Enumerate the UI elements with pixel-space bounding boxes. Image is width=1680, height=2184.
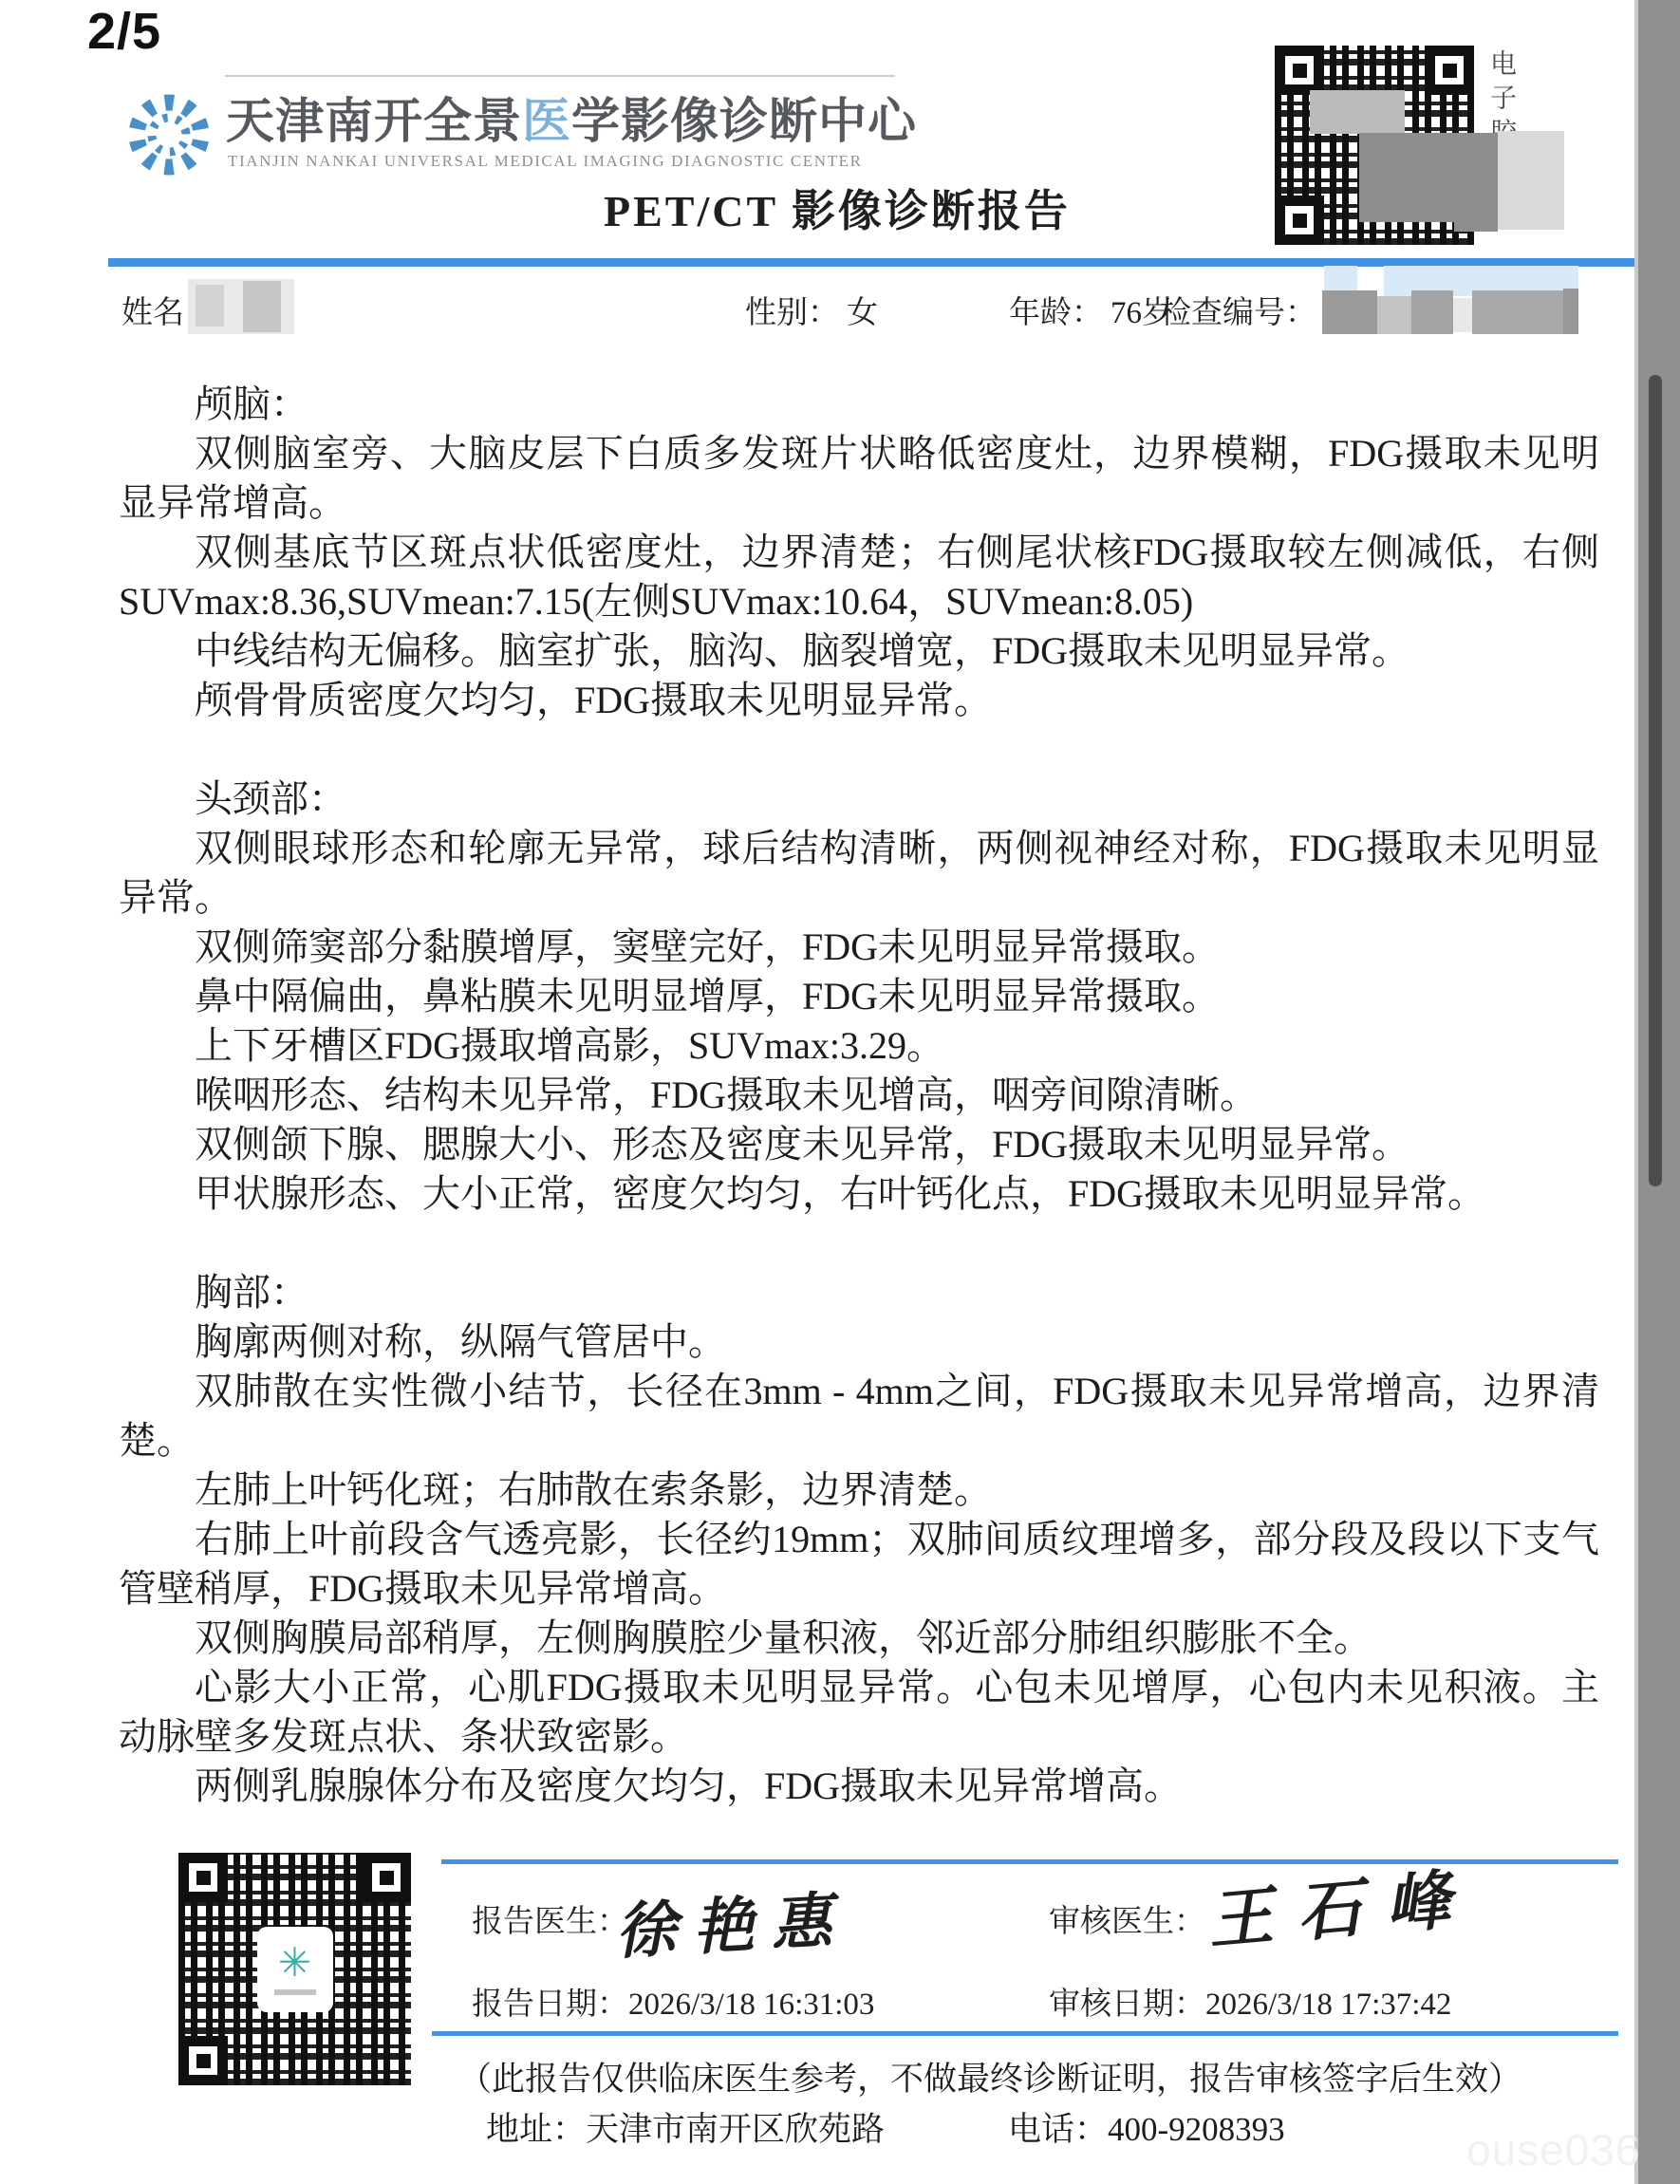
phone-value: 400-9208393 <box>1108 2111 1285 2148</box>
clinic-name-cn-part1: 天津南开全景 <box>226 94 522 148</box>
exam-number-redacted <box>1563 289 1578 334</box>
patient-gender-label: 性别： <box>745 288 839 332</box>
phone-label: 电话： <box>1008 2111 1108 2148</box>
exam-number-redacted <box>1411 290 1453 334</box>
section-head-neck: 头颈部： 双侧眼球形态和轮廓无异常，球后结构清晰，两侧视神经对称，FDG摄取未见… <box>119 775 1599 1219</box>
phone-line: 电话：400-9208393 <box>1008 2103 1285 2151</box>
report-paragraph: 双侧筛窦部分黏膜增厚，窦壁完好，FDG未见明显异常摄取。 <box>119 923 1599 972</box>
address-line: 地址：天津市南开区欣苑路 <box>486 2103 885 2151</box>
section-heading: 胸部： <box>119 1268 1599 1317</box>
qr-finder-icon <box>178 1853 228 1902</box>
clinic-name-en: TIANJIN NANKAI UNIVERSAL MEDICAL IMAGING… <box>228 152 863 171</box>
footer-divider-line <box>432 2031 1618 2036</box>
qr-center-logo: ✳ <box>257 1927 333 2012</box>
report-paragraph: 右肺上叶前段含气透亮影，长径约19mm；双肺间质纹理增多，部分段及段以下支气管壁… <box>119 1515 1599 1614</box>
report-paragraph: 左肺上叶钙化斑；右肺散在索条影，边界清楚。 <box>119 1465 1599 1515</box>
report-title: PET/CT 影像诊断报告 <box>604 177 1071 239</box>
qr-center-caption-bar <box>274 1989 316 1995</box>
qr-finder-icon <box>1275 46 1324 95</box>
section-heading: 头颈部： <box>119 775 1599 824</box>
pdf-viewer-page: { "page": { "indicator": "2/5", "waterma… <box>0 0 1680 2184</box>
report-date-label: 报告日期： <box>472 1988 628 2022</box>
clinic-name-cn-part2: 学影像诊断中心 <box>571 94 917 148</box>
redaction-block <box>1310 90 1405 134</box>
redaction-block <box>1498 131 1564 230</box>
patient-gender-value: 女 <box>847 288 878 332</box>
address-value: 天津市南开区欣苑路 <box>586 2111 885 2148</box>
report-date: 报告日期：2026/3/18 16:31:03 <box>472 1979 874 2024</box>
exam-number-redacted <box>1472 290 1563 334</box>
report-paragraph: 双肺散在实性微小结节，长径在3mm - 4mm之间，FDG摄取未见异常增高，边界… <box>119 1367 1599 1465</box>
clinic-name-cn: 天津南开全景医学影像诊断中心 <box>226 82 917 152</box>
header-divider <box>225 75 895 77</box>
reporter-label: 报告医生： <box>472 1896 628 1941</box>
clinic-logo-icon <box>120 82 218 184</box>
watermark-text: ouse036 <box>1466 2124 1641 2175</box>
qr-finder-icon <box>1275 196 1324 245</box>
address-label: 地址： <box>486 2111 586 2148</box>
report-paragraph: 双侧胸膜局部稍厚，左侧胸膜腔少量积液，邻近部分肺组织膨胀不全。 <box>119 1614 1599 1663</box>
reviewer-label: 审核医生： <box>1049 1896 1205 1941</box>
exam-number-redacted <box>1322 290 1377 334</box>
report-paragraph: 上下牙槽区FDG摄取增高影，SUVmax:3.29。 <box>119 1021 1599 1071</box>
report-verify-qr-code: ✳ <box>178 1853 411 2085</box>
scrollbar-thumb[interactable] <box>1649 375 1662 1186</box>
review-date: 审核日期：2026/3/18 17:37:42 <box>1049 1979 1451 2024</box>
clinic-name-cn-med: 医 <box>522 94 571 148</box>
qr-finder-icon <box>362 1853 411 1902</box>
report-paragraph: 颅骨骨质密度欠均匀，FDG摄取未见明显异常。 <box>119 676 1599 725</box>
report-paragraph: 鼻中隔偏曲，鼻粘膜未见明显增厚，FDG未见明显异常摄取。 <box>119 972 1599 1021</box>
exam-number-redacted <box>1377 296 1411 334</box>
section-heading: 颅脑： <box>119 380 1599 429</box>
report-paragraph: 心影大小正常，心肌FDG摄取未见明显异常。心包未见增厚，心包内未见积液。主动脉壁… <box>119 1663 1599 1762</box>
page-indicator: 2/5 <box>87 2 161 61</box>
report-body: 颅脑： 双侧脑室旁、大脑皮层下白质多发斑片状略低密度灶，边界模糊，FDG摄取未见… <box>119 380 1599 1811</box>
report-paragraph: 双侧基底节区斑点状低密度灶，边界清楚；右侧尾状核FDG摄取较左侧减低，右侧SUV… <box>119 528 1599 626</box>
report-paragraph: 双侧眼球形态和轮廓无异常，球后结构清晰，两侧视神经对称，FDG摄取未见明显异常。 <box>119 824 1599 923</box>
disclaimer-text: （此报告仅供临床医生参考，不做最终诊断证明，报告审核签字后生效） <box>458 2053 1521 2100</box>
reviewer-signature: 王石峰 <box>1204 1847 1478 1962</box>
report-paragraph: 两侧乳腺腺体分布及密度欠均匀，FDG摄取未见异常增高。 <box>119 1762 1599 1811</box>
reporter-signature: 徐艳惠 <box>613 1872 850 1971</box>
exam-number-label: 检查编号： <box>1160 288 1316 332</box>
section-cranial: 颅脑： 双侧脑室旁、大脑皮层下白质多发斑片状略低密度灶，边界模糊，FDG摄取未见… <box>119 380 1599 725</box>
qr-finder-icon <box>1425 46 1474 95</box>
section-chest: 胸部： 胸廓两侧对称，纵隔气管居中。 双肺散在实性微小结节，长径在3mm - 4… <box>119 1268 1599 1811</box>
patient-age-label: 年龄： <box>1009 288 1103 332</box>
patient-name-redacted <box>188 279 294 334</box>
review-date-value: 2026/3/18 17:37:42 <box>1205 1988 1451 2022</box>
report-paragraph: 甲状腺形态、大小正常，密度欠均匀，右叶钙化点，FDG摄取未见明显异常。 <box>119 1169 1599 1219</box>
review-date-label: 审核日期： <box>1049 1988 1205 2022</box>
clinic-flower-icon: ✳ <box>278 1944 311 1984</box>
report-paragraph: 喉咽形态、结构未见异常，FDG摄取未见增高，咽旁间隙清晰。 <box>119 1071 1599 1120</box>
report-paragraph: 双侧脑室旁、大脑皮层下白质多发斑片状略低密度灶，边界模糊，FDG摄取未见明显异常… <box>119 429 1599 528</box>
report-date-value: 2026/3/18 16:31:03 <box>628 1988 874 2022</box>
report-paragraph: 双侧颌下腺、腮腺大小、形态及密度未见异常，FDG摄取未见明显异常。 <box>119 1120 1599 1169</box>
redaction-block <box>1454 178 1498 232</box>
qr-finder-icon <box>178 2036 228 2085</box>
report-paragraph: 胸廓两侧对称，纵隔气管居中。 <box>119 1317 1599 1367</box>
report-paragraph: 中线结构无偏移。脑室扩张，脑沟、脑裂增宽，FDG摄取未见明显异常。 <box>119 626 1599 676</box>
exam-number-redacted <box>1453 298 1472 332</box>
